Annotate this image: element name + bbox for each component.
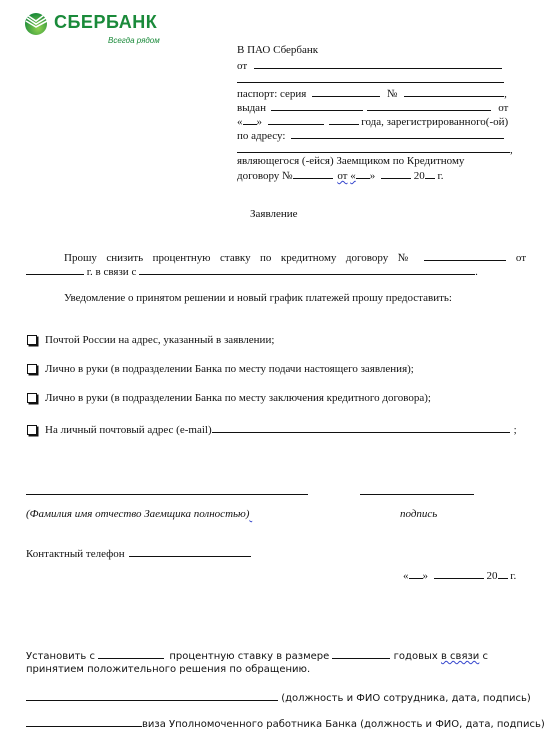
address-field-2[interactable] xyxy=(237,142,510,153)
option-email[interactable]: На личный почтовый адрес (e-mail); xyxy=(27,422,517,436)
visa-field[interactable] xyxy=(26,716,142,727)
contract-year-field[interactable] xyxy=(425,168,435,179)
contract-month-field[interactable] xyxy=(381,168,411,179)
issued-by-field-2[interactable] xyxy=(367,100,491,111)
request-line-2: г. в связи с . xyxy=(26,264,478,278)
loan-contract-number-field[interactable] xyxy=(424,250,506,261)
date-day-field[interactable] xyxy=(409,568,423,579)
bank-rate-field[interactable] xyxy=(332,648,390,659)
issued-by-field[interactable] xyxy=(271,100,363,111)
address-line-2: , xyxy=(237,142,513,156)
notify-text: Уведомление о принятом решении и новый г… xyxy=(64,292,452,304)
passport-series-field[interactable] xyxy=(312,86,380,97)
date-year-field[interactable] xyxy=(498,568,508,579)
email-field[interactable] xyxy=(212,422,510,433)
logo-name: СБЕРБАНК xyxy=(54,12,157,33)
contact-phone-field[interactable] xyxy=(129,546,251,557)
from-field-2[interactable] xyxy=(237,72,504,83)
issued-label: выдан xyxy=(237,102,266,114)
fio-caption: (Фамилия имя отчество Заемщика полностью… xyxy=(26,508,347,520)
reason-field[interactable] xyxy=(139,264,475,275)
header-to: В ПАО Сбербанк xyxy=(237,44,318,56)
number-sign: № xyxy=(387,88,398,100)
contact-phone-line: Контактный телефон xyxy=(26,546,251,560)
issued-day-field[interactable] xyxy=(243,114,257,125)
from-label: от xyxy=(237,60,247,72)
date-line: «» 20 г. xyxy=(403,568,516,582)
sberbank-logo-icon xyxy=(24,12,48,36)
header-blank-line xyxy=(237,72,504,86)
visa-line: виза Уполномоченного работника Банка (до… xyxy=(26,716,545,730)
checkbox-personal-submission[interactable] xyxy=(27,364,37,374)
contract-line: договору № от «» 20 г. xyxy=(237,168,444,182)
bank-date-field[interactable] xyxy=(98,648,164,659)
passport-label: паспорт: серия xyxy=(237,88,306,100)
issued-line: выдан от xyxy=(237,100,507,114)
option-personal-contract[interactable]: Лично в руки (в подразделении Банка по м… xyxy=(27,392,431,404)
issued-from: от xyxy=(498,102,508,114)
sign-line[interactable] xyxy=(360,494,474,495)
employee-field[interactable] xyxy=(26,690,278,701)
header-from-line: от xyxy=(237,58,502,72)
option-personal-submission[interactable]: Лично в руки (в подразделении Банка по м… xyxy=(27,363,414,375)
employee-line: (должность и ФИО сотрудника, дата, подпи… xyxy=(26,690,531,704)
loan-contract-date-field[interactable] xyxy=(26,264,84,275)
request-line-1: Прошу снизить процентную ставку по креди… xyxy=(64,250,526,264)
contract-day-field[interactable] xyxy=(356,168,370,179)
contract-number-field[interactable] xyxy=(293,168,333,179)
address-field[interactable] xyxy=(291,128,504,139)
bank-set-line: Установить с процентную ставку в размере… xyxy=(26,648,488,662)
option-post[interactable]: Почтой России на адрес, указанный в заяв… xyxy=(27,334,274,346)
passport-number-field[interactable] xyxy=(404,86,504,97)
issued-year-field[interactable] xyxy=(329,114,359,125)
checkbox-email[interactable] xyxy=(27,425,37,435)
checkbox-post[interactable] xyxy=(27,335,37,345)
logo-slogan: Всегда рядом xyxy=(108,36,160,45)
date-month-field[interactable] xyxy=(434,568,484,579)
bank-set-line-2: принятием положительного решения по обра… xyxy=(26,664,310,675)
address-label: по адресу: xyxy=(237,130,285,142)
checkbox-personal-contract[interactable] xyxy=(27,393,37,403)
from-field[interactable] xyxy=(254,58,502,69)
document-title: Заявление xyxy=(250,208,298,220)
borrower-line: являющегося (-ейся) Заемщиком по Кредитн… xyxy=(237,155,464,167)
issued-date-line: «» года, зарегистрированного(-ой) xyxy=(237,114,508,128)
address-line: по адресу: xyxy=(237,128,504,142)
fio-signature-line[interactable] xyxy=(26,494,308,495)
issued-month-field[interactable] xyxy=(268,114,324,125)
sign-caption: подпись xyxy=(400,508,437,520)
passport-line: паспорт: серия № , xyxy=(237,86,507,100)
